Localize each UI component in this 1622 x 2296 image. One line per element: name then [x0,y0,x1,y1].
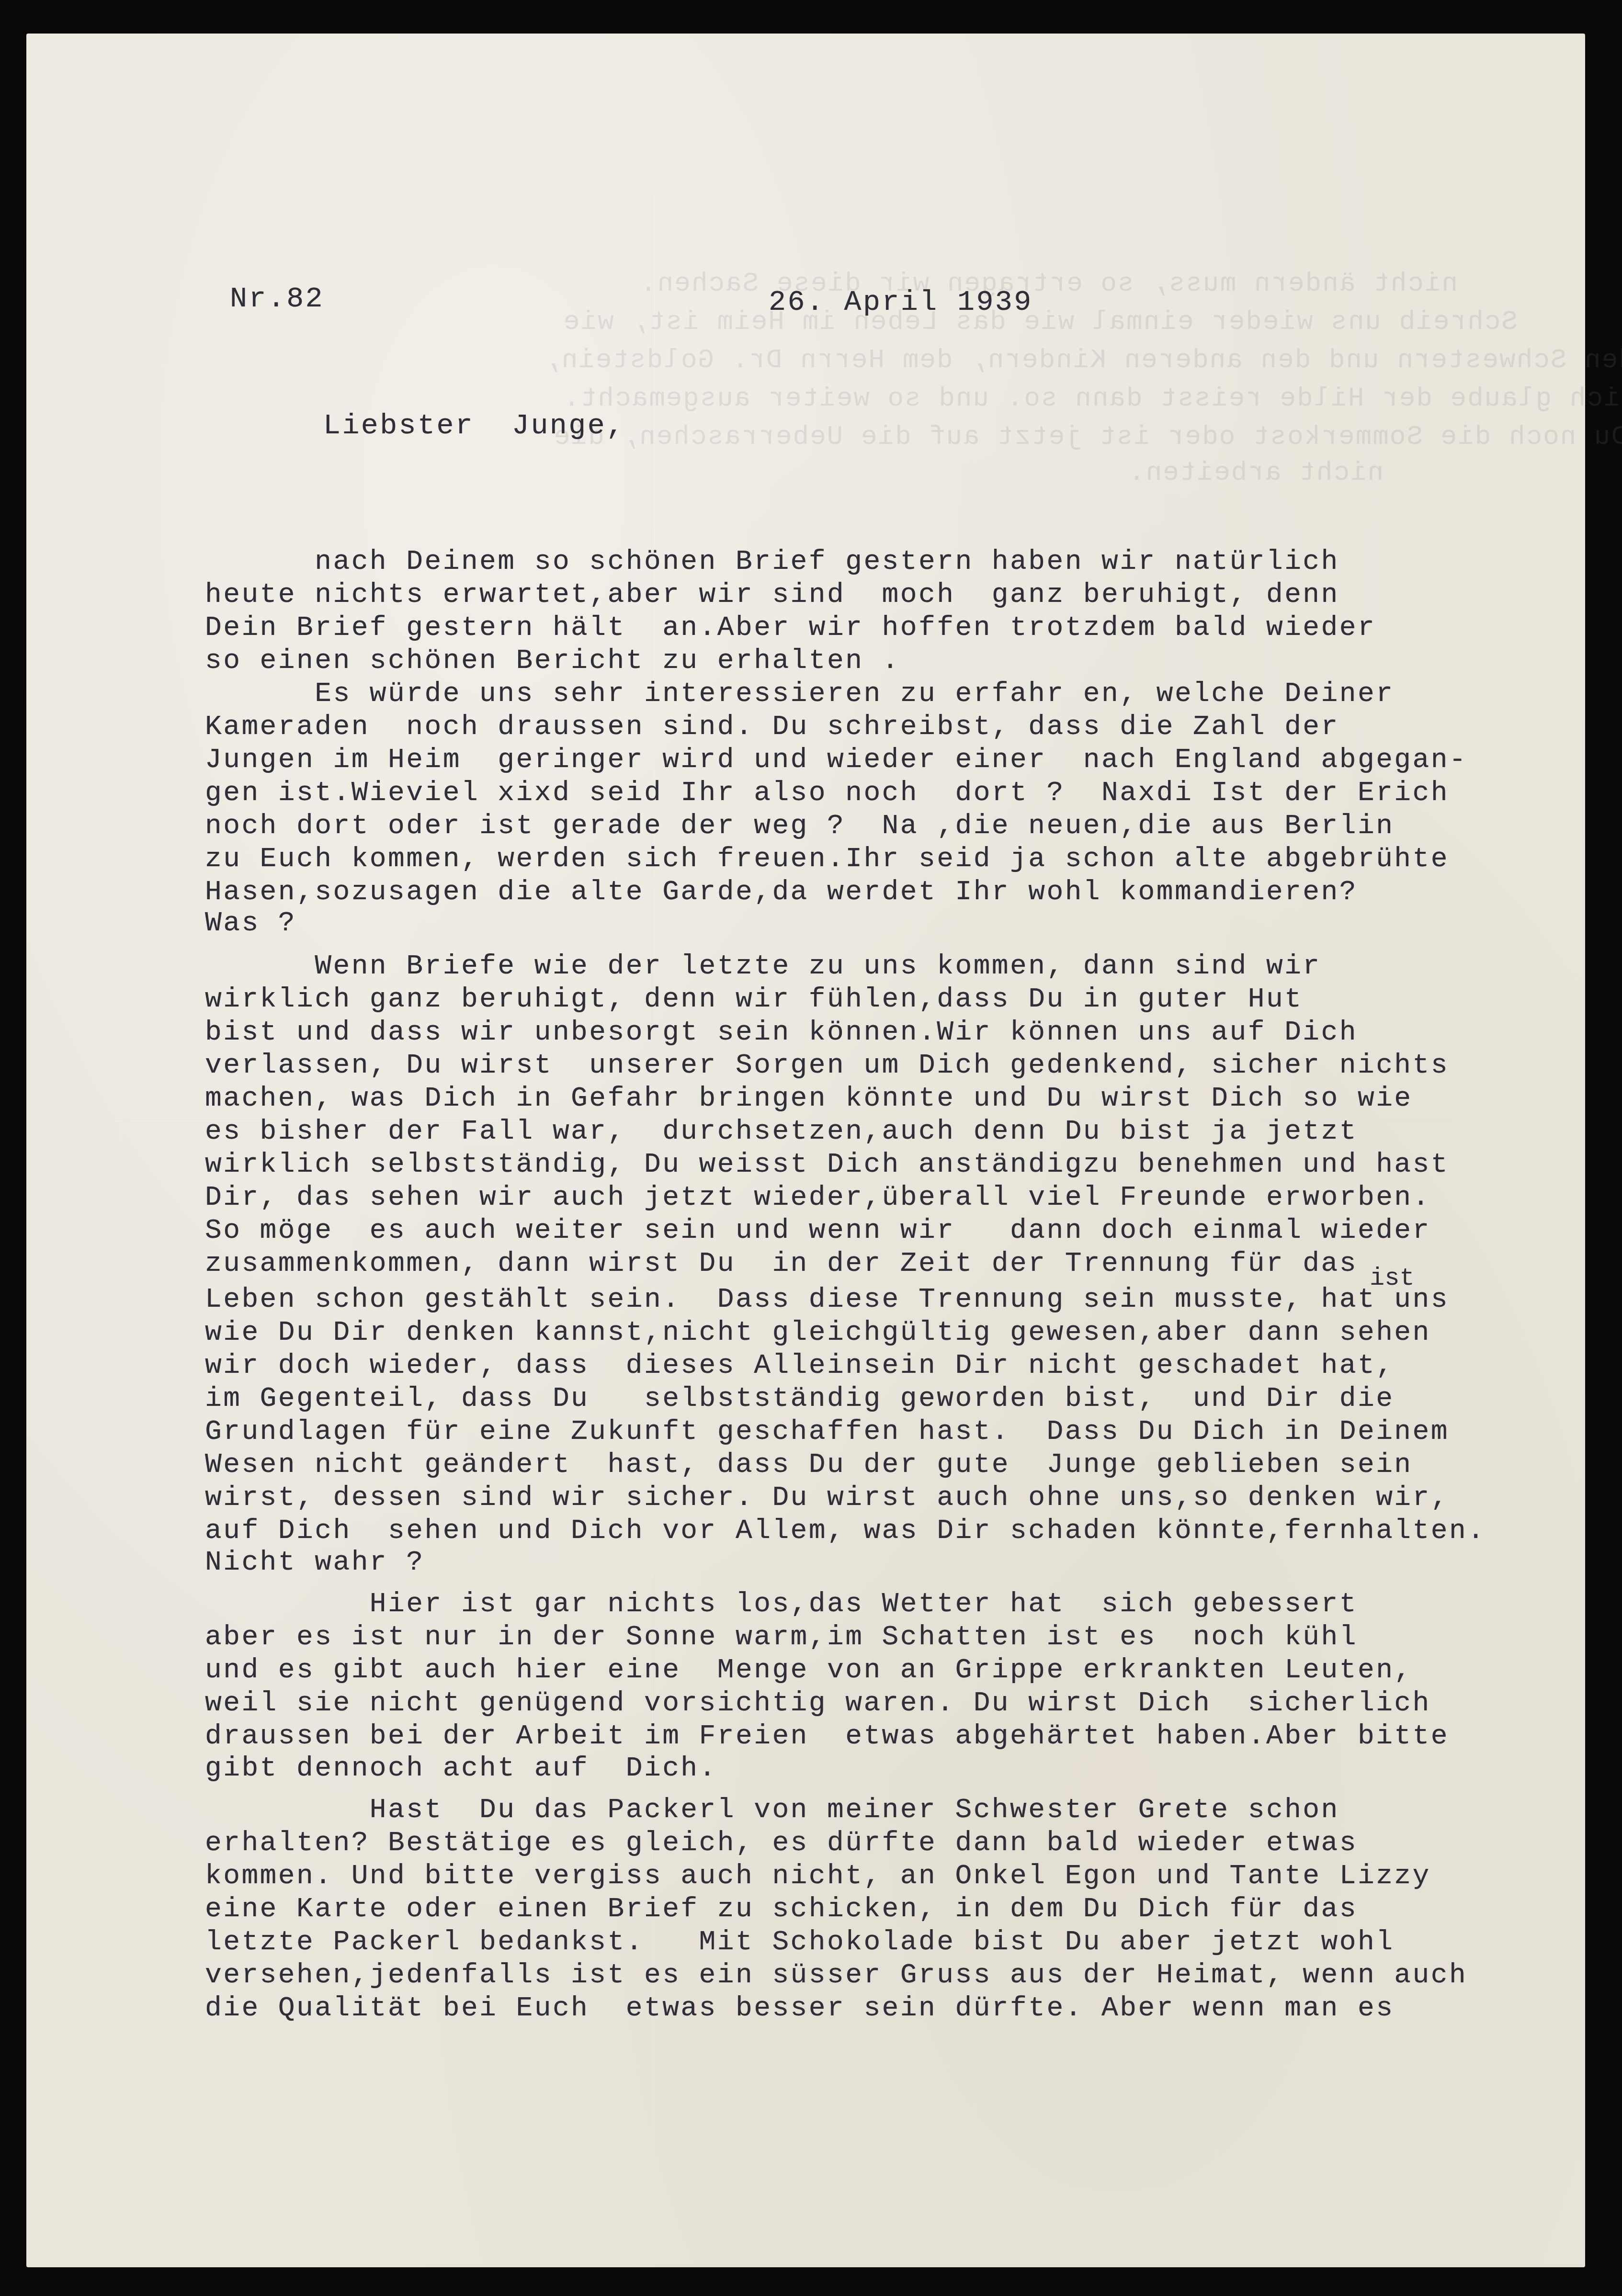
letter-line: Kameraden noch draussen sind. Du schreib… [205,713,1339,741]
letter-line: eine Karte oder einen Brief zu schicken,… [205,1896,1358,1923]
letter-line: Hasen,sozusagen die alte Garde,da werdet… [205,879,1358,906]
letter-line: die Qualität bei Euch etwas besser sein … [205,1995,1394,2023]
bleed-through-line: ich glaube der Hilde reisst dann so. und… [563,383,1620,414]
letter-line: nach Deinem so schönen Brief gestern hab… [205,548,1339,576]
letter-line: wie Du Dir denken kannst,nicht gleichgül… [205,1319,1431,1347]
letter-line: Was ? [205,910,296,938]
letter-line: es bisher der Fall war, durchsetzen,auch… [205,1118,1358,1146]
letter-line: und es gibt auch hier eine Menge von an … [205,1657,1413,1685]
letter-line: weil sie nicht genügend vorsichtig waren… [205,1690,1431,1718]
letter-line: Leben schon gestählt sein. Dass diese Tr… [205,1286,1449,1314]
letter-line: wirst, dessen sind wir sicher. Du wirst … [205,1484,1449,1512]
letter-line: Es würde uns sehr interessieren zu erfah… [205,680,1394,708]
letter-line: wirklich ganz beruhigt, denn wir fühlen,… [205,986,1303,1014]
letter-line: gibt dennoch acht auf Dich. [205,1755,717,1783]
bleed-through-line: Schreib uns wieder einmal wie das Leben … [563,306,1518,337]
letter-line: im Gegenteil, dass Du selbstständig gewo… [205,1385,1394,1413]
letter-line: versehen,jedenfalls ist es ein süsser Gr… [205,1962,1467,1990]
salutation: Liebster Junge, [323,412,625,441]
letter-line: Hast Du das Packerl von meiner Schwester… [205,1797,1339,1824]
letter-line: Dein Brief gestern hält an.Aber wir hoff… [205,614,1376,642]
letter-line: So möge es auch weiter sein und wenn wir… [205,1217,1431,1245]
bleed-through-line: Du mit den Schwestern und den anderen Ki… [544,345,1622,375]
letter-line: erhalten? Bestätige es gleich, es dürfte… [205,1830,1358,1857]
letter-line: Dir, das sehen wir auch jetzt wieder,übe… [205,1184,1431,1212]
letter-line: wir doch wieder, dass dieses Alleinsein … [205,1352,1394,1380]
letter-line: noch dort oder ist gerade der weg ? Na ,… [205,813,1394,840]
letter-line: kommen. Und bitte vergiss auch nicht, an… [205,1863,1431,1890]
letter-line: verlassen, Du wirst unserer Sorgen um Di… [205,1052,1449,1080]
letter-date: 26. April 1939 [769,288,1033,317]
letter-line: Wenn Briefe wie der letzte zu uns kommen… [205,953,1321,981]
letter-line: Nicht wahr ? [205,1549,424,1577]
letter-line: auf Dich sehen und Dich vor Allem, was D… [205,1517,1486,1545]
bleed-through-line: nicht arbeiten. [1128,457,1384,488]
bleed-through-line: Du noch die Sommerkost oder ist jetzt au… [553,421,1622,452]
letter-line: heute nichts erwartet,aber wir sind moch… [205,581,1339,609]
letter-line: so einen schönen Bericht zu erhalten . [205,647,900,675]
letter-line: Grundlagen für eine Zukunft geschaffen h… [205,1418,1449,1446]
letter-line: Jungen im Heim geringer wird und wieder … [205,746,1467,774]
letter-line: letzte Packerl bedankst. Mit Schokolade … [205,1929,1394,1957]
bleed-through-line: nicht ändern muss, so ertragen wir diese… [639,268,1458,299]
letter-number: Nr.82 [230,285,324,314]
letter-line: draussen bei der Arbeit im Freien etwas … [205,1723,1449,1751]
letter-line: gen ist.Wieviel xixd seid Ihr also noch … [205,780,1449,807]
letter-line: machen, was Dich in Gefahr bringen könnt… [205,1085,1413,1113]
letter-line: zusammenkommen, dann wirst Du in der Zei… [205,1250,1358,1278]
letter-line: Wesen nicht geändert hast, dass Du der g… [205,1451,1413,1479]
letter-line: wirklich selbstständig, Du weisst Dich a… [205,1151,1449,1179]
letter-line: Hier ist gar nichts los,das Wetter hat s… [205,1591,1358,1618]
letter-line: bist und dass wir unbesorgt sein können.… [205,1019,1358,1047]
letter-line: zu Euch kommen, werden sich freuen.Ihr s… [205,846,1449,873]
letter-line: aber es ist nur in der Sonne warm,im Sch… [205,1624,1358,1651]
